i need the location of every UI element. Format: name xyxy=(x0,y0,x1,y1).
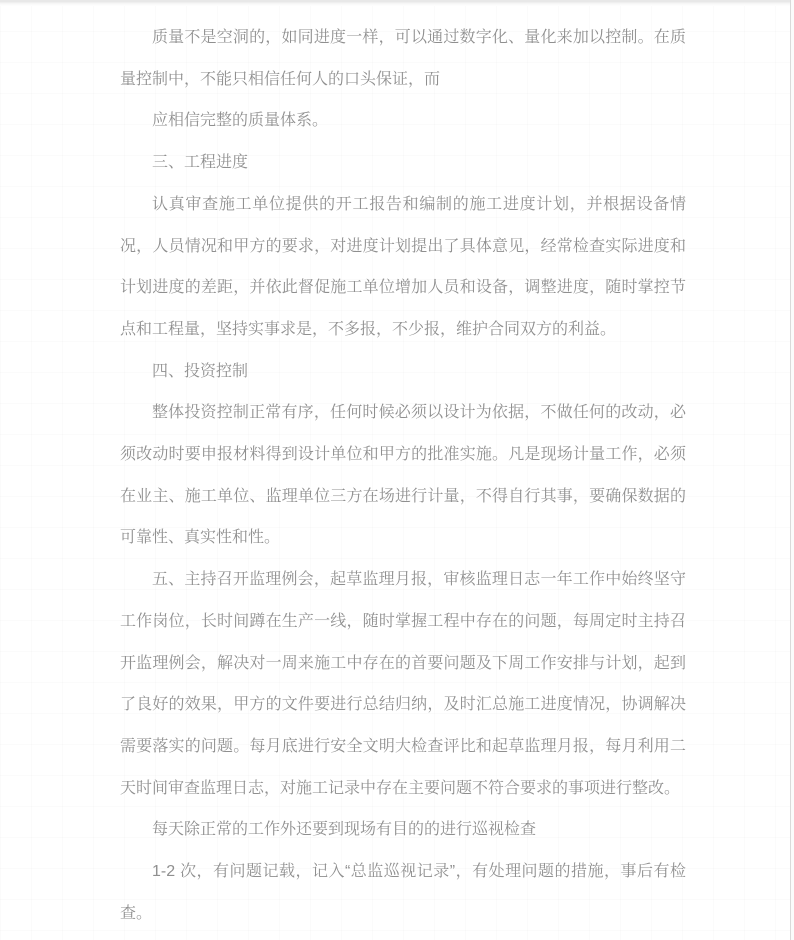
paragraph: 三、工程进度 xyxy=(120,142,686,184)
paragraph: 五、主持召开监理例会，起草监理月报，审核监理日志一年工作中始终坚守工作岗位，长时… xyxy=(120,559,686,809)
paragraph: 认真审查施工单位提供的开工报告和编制的施工进度计划，并根据设备情况，人员情况和甲… xyxy=(120,184,686,351)
document-content: 质量不是空洞的，如同进度一样，可以通过数字化、量化来加以控制。在质量控制中，不能… xyxy=(120,17,686,934)
paragraph: 1-2 次，有问题记载，记入“总监巡视记录”，有处理问题的措施，事后有检查。 xyxy=(120,851,686,934)
paragraph: 质量不是空洞的，如同进度一样，可以通过数字化、量化来加以控制。在质量控制中，不能… xyxy=(120,17,686,100)
page-top-edge xyxy=(0,0,794,6)
paragraph: 整体投资控制正常有序，任何时候必须以设计为依据，不做任何的改动，必须改动时要申报… xyxy=(120,392,686,559)
paragraph: 四、投资控制 xyxy=(120,351,686,393)
document-viewport: { "page": { "background_color": "#ffffff… xyxy=(0,0,794,940)
paragraph: 每天除正常的工作外还要到现场有目的的进行巡视检查 xyxy=(120,809,686,851)
paragraph: 应相信完整的质量体系。 xyxy=(120,100,686,142)
page-right-edge-line xyxy=(790,0,791,940)
